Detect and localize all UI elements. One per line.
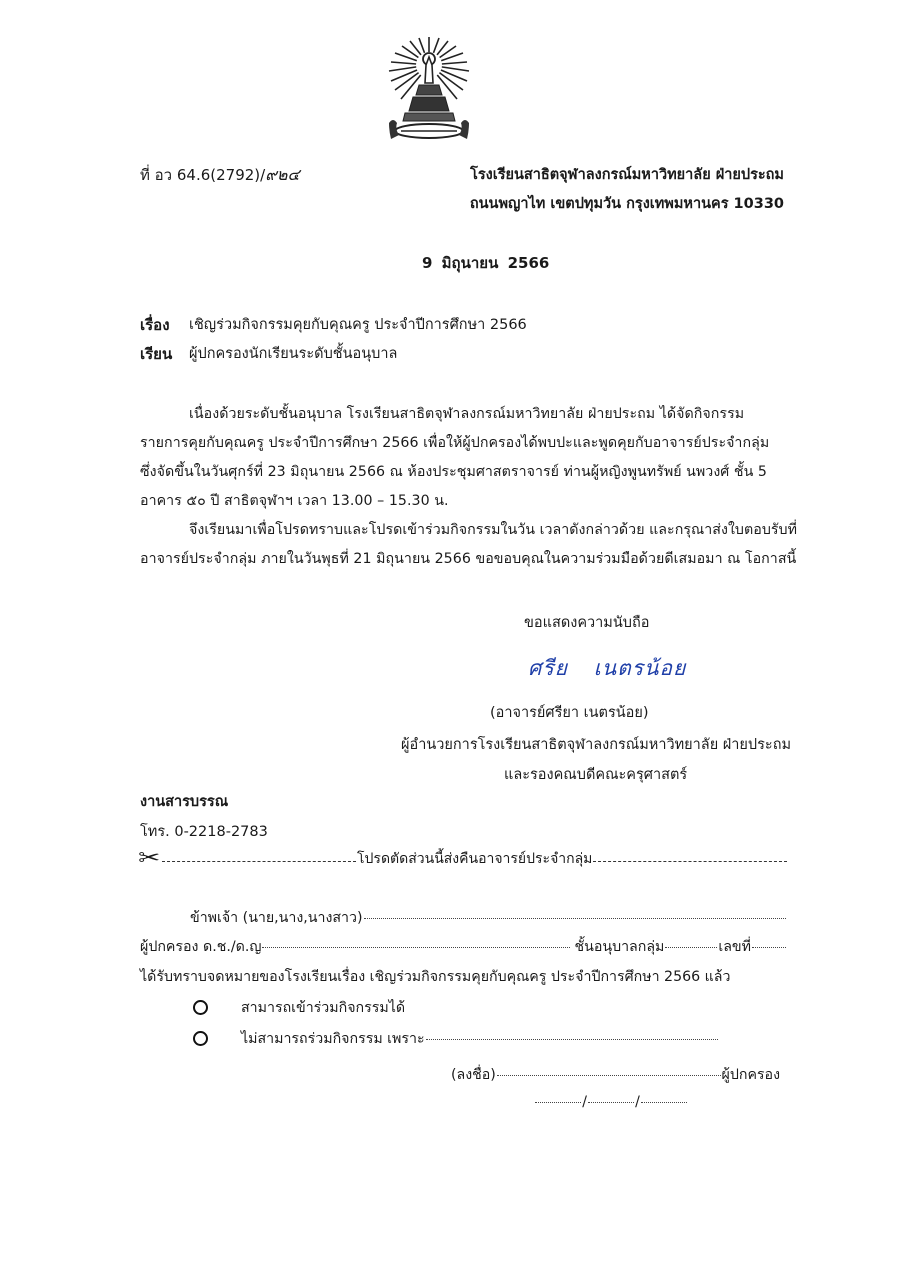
department-name: งานสารบรรณ: [140, 790, 228, 813]
decline-reason-field[interactable]: [426, 1039, 718, 1040]
reply-day-field[interactable]: [535, 1102, 581, 1103]
student-number-field[interactable]: [752, 947, 786, 948]
signer-name: (อาจารย์ศรียา เนตรน้อย): [490, 701, 649, 724]
cut-instruction: โปรดตัดส่วนนี้ส่งคืนอาจารย์ประจำกลุ่ม: [356, 848, 593, 870]
body-paragraph1-line1: เนื่องด้วยระดับชั้นอนุบาล โรงเรียนสาธิตจ…: [189, 403, 744, 425]
date-separator-1: /: [582, 1094, 587, 1110]
reply-date-row: / /: [534, 1094, 688, 1110]
cut-dash-left: [162, 861, 356, 862]
reference-prefix: ที่ อว 64.6(2792)/: [140, 166, 265, 184]
date-separator-2: /: [635, 1094, 640, 1110]
recipient-text: ผู้ปกครองนักเรียนระดับชั้นอนุบาล: [189, 342, 397, 365]
signer-position-line2: และรองคณบดีคณะครุศาสตร์: [504, 763, 687, 786]
sign-suffix: ผู้ปกครอง: [722, 1064, 780, 1086]
option-decline-label: ไม่สามารถร่วมกิจกรรม เพราะ: [241, 1028, 425, 1050]
letter-date: 9 มิถุนายน 2566: [422, 251, 549, 275]
option-decline-row: ไม่สามารถร่วมกิจกรรม เพราะ: [241, 1028, 719, 1050]
class-group-field[interactable]: [665, 947, 717, 948]
reply-month-field[interactable]: [588, 1102, 634, 1103]
student-name-label: ผู้ปกครอง ด.ช./ด.ญ: [140, 936, 261, 958]
school-name: โรงเรียนสาธิตจุฬาลงกรณ์มหาวิทยาลัย ฝ่ายป…: [470, 163, 784, 186]
body-paragraph1-line2: รายการคุยกับคุณครู ประจำปีการศึกษา 2566 …: [140, 432, 769, 454]
option-decline-radio[interactable]: [193, 1031, 208, 1046]
school-emblem-logo: [383, 35, 475, 143]
parent-name-label: ข้าพเจ้า (นาย,นาง,นางสาว): [190, 907, 363, 929]
form-student-row: ผู้ปกครอง ด.ช./ด.ญ ชั้นอนุบาลกลุ่ม เลขที…: [140, 936, 787, 958]
body-paragraph2-line2: อาจารย์ประจำกลุ่ม ภายในวันพุธที่ 21 มิถุ…: [140, 548, 796, 570]
sign-prefix: (ลงชื่อ): [451, 1064, 496, 1086]
option-attend-label: สามารถเข้าร่วมกิจกรรมได้: [241, 997, 405, 1019]
form-parent-name-row: ข้าพเจ้า (นาย,นาง,นางสาว): [190, 907, 787, 929]
student-number-label: เลขที่: [718, 936, 751, 958]
recipient-label: เรียน: [140, 342, 172, 366]
handwritten-signature: ศรีย เนตรน้อย: [528, 652, 686, 685]
scissors-icon: ✂: [138, 849, 160, 869]
closing-phrase: ขอแสดงความนับถือ: [524, 611, 649, 634]
option-attend-radio[interactable]: [193, 1000, 208, 1015]
class-group-label: ชั้นอนุบาลกลุ่ม: [575, 936, 665, 958]
subject-text: เชิญร่วมกิจกรรมคุยกับคุณครู ประจำปีการศึ…: [189, 313, 527, 336]
body-paragraph1-line4: อาคาร ๕๐ ปี สาธิตจุฬาฯ เวลา 13.00 – 15.3…: [140, 490, 449, 512]
reply-year-field[interactable]: [641, 1102, 687, 1103]
subject-label: เรื่อง: [140, 313, 170, 337]
school-address: ถนนพญาไท เขตปทุมวัน กรุงเทพมหานคร 10330: [470, 192, 784, 215]
student-name-field[interactable]: [262, 947, 569, 948]
parent-name-field[interactable]: [364, 918, 786, 919]
acknowledgement-text: ได้รับทราบจดหมายของโรงเรียนเรื่อง เชิญร่…: [140, 966, 730, 988]
parent-signature-row: (ลงชื่อ) ผู้ปกครอง: [451, 1064, 780, 1086]
signer-position-line1: ผู้อำนวยการโรงเรียนสาธิตจุฬาลงกรณ์มหาวิท…: [401, 733, 791, 756]
cut-here-line: ✂ โปรดตัดส่วนนี้ส่งคืนอาจารย์ประจำกลุ่ม: [140, 847, 787, 871]
phone-number: โทร. 0-2218-2783: [140, 820, 268, 843]
reference-number-handwritten: ๙๒๔: [265, 165, 299, 184]
body-paragraph1-line3: ซึ่งจัดขึ้นในวันศุกร์ที่ 23 มิถุนายน 256…: [140, 461, 767, 483]
document-reference-number: ที่ อว 64.6(2792)/๙๒๔: [140, 163, 300, 188]
body-paragraph2-line1: จึงเรียนมาเพื่อโปรดทราบและโปรดเข้าร่วมกิ…: [189, 519, 797, 541]
cut-dash-right: [593, 861, 787, 862]
parent-signature-field[interactable]: [497, 1075, 721, 1076]
